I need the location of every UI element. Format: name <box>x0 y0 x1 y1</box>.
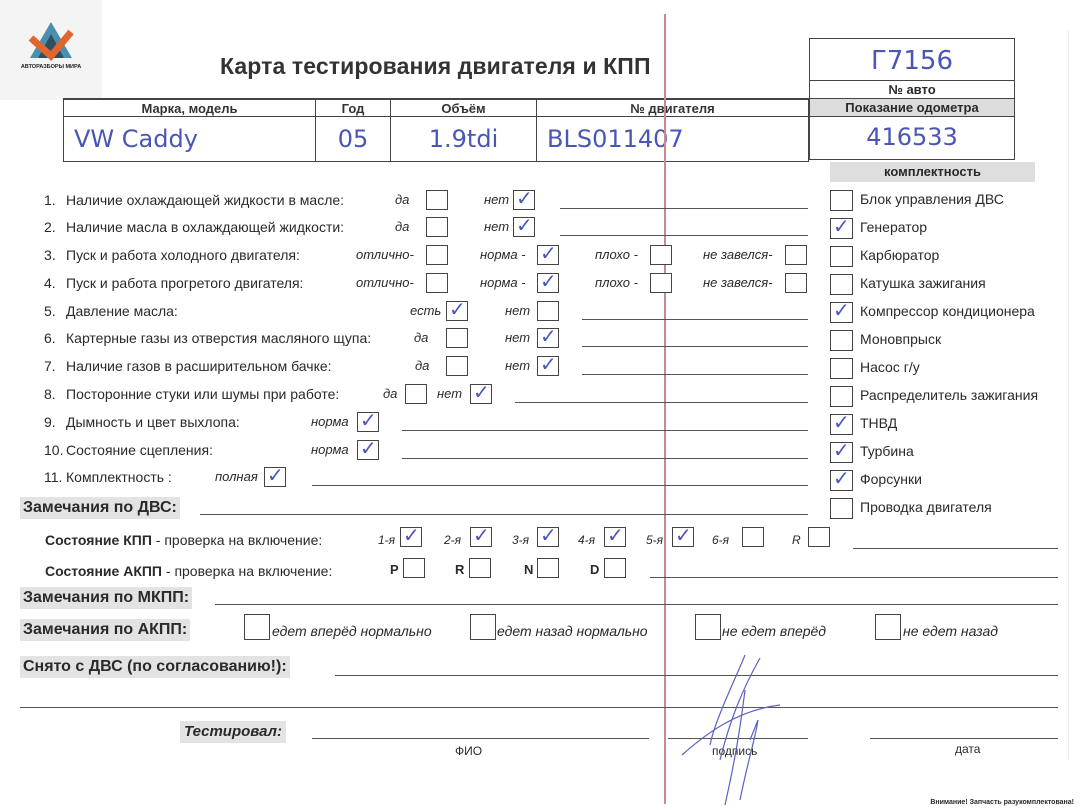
question-text: Комплектность : <box>66 469 172 485</box>
option-label: есть <box>410 300 441 322</box>
question-notes-line[interactable] <box>582 374 808 375</box>
question-notes-line[interactable] <box>560 208 808 209</box>
gear-label: 1-я <box>378 529 395 551</box>
option-label: отлично- <box>356 272 414 294</box>
akpp-position-checkbox[interactable] <box>537 558 559 578</box>
option-checkbox[interactable] <box>405 384 427 404</box>
completeness-item[interactable]: Форсунки <box>830 467 922 491</box>
completeness-label: Распределитель зажигания <box>860 387 1038 403</box>
model-value[interactable]: VW Caddy <box>64 117 315 161</box>
option-label: нет <box>505 355 530 377</box>
gear-checkbox[interactable] <box>672 527 694 547</box>
akpp-remark-checkbox[interactable] <box>470 614 496 640</box>
gear-label: 4-я <box>578 529 595 551</box>
margin-line <box>664 14 666 804</box>
page-title: Карта тестирования двигателя и КПП <box>220 53 651 80</box>
completeness-label: Насос г/у <box>860 359 920 375</box>
gear-checkbox[interactable] <box>808 527 830 547</box>
completeness-checkbox[interactable] <box>830 498 853 519</box>
page-edge <box>1068 30 1069 760</box>
akpp-position-checkbox[interactable] <box>604 558 626 578</box>
question-row: 6.Картерные газы из отверстия масляного … <box>44 327 371 349</box>
year-value[interactable]: 05 <box>316 117 390 161</box>
question-row: 9.Дымность и цвет выхлопа: <box>44 411 240 433</box>
option-label: нет <box>505 327 530 349</box>
completeness-item[interactable]: Генератор <box>830 215 927 239</box>
removed-line-2[interactable] <box>20 707 1058 708</box>
completeness-item[interactable]: Моновпрыск <box>830 327 941 351</box>
question-row: 2.Наличие масла в охлаждающей жидкости: <box>44 216 344 238</box>
option-label: отлично- <box>356 244 414 266</box>
header-label: Марка, модель <box>64 100 315 117</box>
name-line[interactable] <box>312 738 649 739</box>
question-text: Посторонние стуки или шумы при работе: <box>66 386 339 402</box>
completeness-item[interactable]: Насос г/у <box>830 355 920 379</box>
auto-number-label: № авто <box>810 81 1014 99</box>
option-checkbox[interactable] <box>785 273 807 293</box>
option-checkbox[interactable] <box>513 190 535 210</box>
option-checkbox[interactable] <box>426 190 448 210</box>
option-label: норма - <box>480 272 526 294</box>
gear-label: 5-я <box>646 529 663 551</box>
mountain-check-logo-icon <box>28 22 74 62</box>
completeness-checkbox[interactable] <box>830 470 853 491</box>
engine-number-value[interactable]: BLS011407 <box>537 117 808 161</box>
option-checkbox[interactable] <box>785 245 807 265</box>
completeness-item[interactable]: Карбюратор <box>830 243 939 267</box>
option-label: нет <box>484 189 509 211</box>
completeness-header: комплектность <box>830 162 1035 182</box>
completeness-item[interactable]: Проводка двигателя <box>830 495 992 519</box>
tested-by-label: Тестировал: <box>180 721 286 743</box>
option-checkbox[interactable] <box>446 328 468 348</box>
header-label: Год <box>316 100 390 117</box>
footer-warning: Внимание! Запчасть разукомплектована! <box>930 799 1074 806</box>
akpp-position-checkbox[interactable] <box>469 558 491 578</box>
option-label: да <box>383 383 397 405</box>
completeness-item[interactable]: Катушка зажигания <box>830 271 986 295</box>
akpp-remark-label: едет назад нормально <box>497 620 648 642</box>
question-number: 2. <box>44 216 66 238</box>
completeness-item[interactable]: ТНВД <box>830 411 897 435</box>
question-row: 8.Посторонние стуки или шумы при работе: <box>44 383 339 405</box>
akpp-remark-label: не едет назад <box>903 620 998 642</box>
header-col-model: Марка, модель VW Caddy <box>63 100 316 162</box>
logo-text: АВТОРАЗБОРЫ МИРА <box>14 64 88 70</box>
completeness-label: Компрессор кондиционера <box>860 303 1035 319</box>
akpp-remark-checkbox[interactable] <box>875 614 901 640</box>
completeness-checkbox[interactable] <box>830 190 853 211</box>
option-label: нет <box>505 300 530 322</box>
completeness-label: Карбюратор <box>860 247 939 263</box>
option-checkbox[interactable] <box>470 384 492 404</box>
completeness-label: Форсунки <box>860 471 922 487</box>
option-checkbox[interactable] <box>537 328 559 348</box>
akpp-position-label: D <box>590 559 599 581</box>
option-label: да <box>414 327 428 349</box>
option-checkbox[interactable] <box>426 217 448 237</box>
question-number: 5. <box>44 300 66 322</box>
question-notes-line[interactable] <box>312 485 808 486</box>
completeness-item[interactable]: Турбина <box>830 439 914 463</box>
question-text: Давление масла: <box>66 303 178 319</box>
remarks-engine-label: Замечания по ДВС: <box>20 497 180 519</box>
completeness-checkbox[interactable] <box>830 358 853 379</box>
option-checkbox[interactable] <box>650 245 672 265</box>
option-label: плохо - <box>595 244 638 266</box>
option-checkbox[interactable] <box>537 273 559 293</box>
akpp-remark-label: не едет вперёд <box>722 620 826 642</box>
question-text: Состояние сцепления: <box>66 442 213 458</box>
remarks-engine-line[interactable] <box>200 514 808 515</box>
completeness-checkbox[interactable] <box>830 386 853 407</box>
question-text: Пуск и работа прогретого двигателя: <box>66 275 303 291</box>
question-number: 10. <box>44 439 66 461</box>
completeness-label: ТНВД <box>860 415 897 431</box>
completeness-label: Блок управления ДВС <box>860 191 1004 207</box>
remarks-akpp-label: Замечания по АКПП: <box>20 619 190 641</box>
option-label: норма - <box>480 244 526 266</box>
remarks-mkpp-line[interactable] <box>215 604 1058 605</box>
akpp-remark-checkbox[interactable] <box>244 614 270 640</box>
option-checkbox[interactable] <box>264 467 286 487</box>
akpp-label: Состояние АКПП - проверка на включение: <box>45 560 332 582</box>
option-checkbox[interactable] <box>537 301 559 321</box>
completeness-item[interactable]: Распределитель зажигания <box>830 383 1038 407</box>
kpp-label: Состояние КПП - проверка на включение: <box>45 529 322 551</box>
option-checkbox[interactable] <box>357 440 379 460</box>
vehicle-header-table: Марка, модель VW Caddy Год 05 Объём 1.9t… <box>63 98 809 160</box>
gear-checkbox[interactable] <box>537 527 559 547</box>
akpp-remark-checkbox[interactable] <box>695 614 721 640</box>
completeness-item[interactable]: Компрессор кондиционера <box>830 299 1035 323</box>
question-row: 5.Давление масла: <box>44 300 178 322</box>
completeness-checkbox[interactable] <box>830 274 853 295</box>
question-number: 8. <box>44 383 66 405</box>
signature-scribble-icon <box>680 650 810 810</box>
question-row: 4.Пуск и работа прогретого двигателя: <box>44 272 303 294</box>
option-checkbox[interactable] <box>426 273 448 293</box>
gear-label: 3-я <box>512 529 529 551</box>
gear-label: 2-я <box>444 529 461 551</box>
kpp-remarks-line[interactable] <box>853 548 1058 549</box>
completeness-label: Катушка зажигания <box>860 275 986 291</box>
option-checkbox[interactable] <box>446 356 468 376</box>
question-row: 7.Наличие газов в расширительном бачке: <box>44 355 332 377</box>
option-checkbox[interactable] <box>537 356 559 376</box>
odometer-value[interactable]: 416533 <box>810 117 1014 157</box>
option-checkbox[interactable] <box>537 245 559 265</box>
option-checkbox[interactable] <box>650 273 672 293</box>
question-text: Наличие охлаждающей жидкости в масле: <box>66 192 344 208</box>
option-checkbox[interactable] <box>426 245 448 265</box>
completeness-label: Турбина <box>860 443 914 459</box>
header-label: № двигателя <box>537 100 808 117</box>
question-notes-line[interactable] <box>402 430 808 431</box>
completeness-checkbox[interactable] <box>830 442 853 463</box>
question-text: Пуск и работа холодного двигателя: <box>66 247 300 263</box>
option-label: да <box>415 355 429 377</box>
option-checkbox[interactable] <box>357 412 379 432</box>
akpp-position-label: P <box>390 559 399 581</box>
gear-checkbox[interactable] <box>604 527 626 547</box>
option-label: да <box>395 216 409 238</box>
completeness-label: Моновпрыск <box>860 331 941 347</box>
gear-label: 6-я <box>712 529 729 551</box>
option-label: полная <box>215 466 258 488</box>
akpp-remark-label: едет вперёд нормально <box>272 620 432 642</box>
question-number: 11. <box>44 466 66 488</box>
question-number: 6. <box>44 327 66 349</box>
remarks-mkpp-label: Замечания по МКПП: <box>20 587 192 609</box>
question-notes-line[interactable] <box>515 402 808 403</box>
completeness-label: Генератор <box>860 219 927 235</box>
completeness-item[interactable]: Блок управления ДВС <box>830 187 1004 211</box>
volume-value[interactable]: 1.9tdi <box>391 117 536 161</box>
option-label: не завелся- <box>703 272 773 294</box>
date-caption: дата <box>955 742 980 756</box>
question-number: 4. <box>44 272 66 294</box>
header-col-engine-number: № двигателя BLS011407 <box>537 100 809 162</box>
completeness-checkbox[interactable] <box>830 330 853 351</box>
completeness-checkbox[interactable] <box>830 218 853 239</box>
question-row: 10.Состояние сцепления: <box>44 439 213 461</box>
question-text: Картерные газы из отверстия масляного щу… <box>66 330 371 346</box>
gear-checkbox[interactable] <box>742 527 764 547</box>
question-number: 9. <box>44 411 66 433</box>
header-col-year: Год 05 <box>316 100 391 162</box>
removed-label: Снято с ДВС (по согласованию!): <box>20 656 290 678</box>
akpp-position-label: N <box>524 559 533 581</box>
gear-checkbox[interactable] <box>400 527 422 547</box>
header-col-volume: Объём 1.9tdi <box>391 100 537 162</box>
question-text: Дымность и цвет выхлопа: <box>66 414 240 430</box>
option-checkbox[interactable] <box>446 301 468 321</box>
option-label: нет <box>437 383 462 405</box>
option-label: нет <box>484 216 509 238</box>
gear-label: R <box>792 529 801 551</box>
completeness-checkbox[interactable] <box>830 302 853 323</box>
akpp-position-label: R <box>455 559 464 581</box>
akpp-position-checkbox[interactable] <box>403 558 425 578</box>
question-notes-line[interactable] <box>582 346 808 347</box>
option-label: норма <box>311 439 349 461</box>
question-notes-line[interactable] <box>582 319 808 320</box>
question-number: 1. <box>44 189 66 211</box>
completeness-label: Проводка двигателя <box>860 499 992 515</box>
option-label: не завелся- <box>703 244 773 266</box>
odometer-label: Показание одометра <box>810 99 1014 117</box>
question-row: 11.Комплектность : <box>44 466 172 488</box>
completeness-checkbox[interactable] <box>830 414 853 435</box>
question-row: 1.Наличие охлаждающей жидкости в масле: <box>44 189 344 211</box>
date-line[interactable] <box>870 738 1058 739</box>
question-notes-line[interactable] <box>560 235 808 236</box>
option-checkbox[interactable] <box>513 217 535 237</box>
option-label: плохо - <box>595 272 638 294</box>
auto-number-box: Г7156 № авто Показание одометра 416533 <box>809 38 1015 160</box>
auto-number-value[interactable]: Г7156 <box>810 39 1014 81</box>
name-caption: ФИО <box>455 744 482 758</box>
question-text: Наличие газов в расширительном бачке: <box>66 358 332 374</box>
question-number: 7. <box>44 355 66 377</box>
completeness-checkbox[interactable] <box>830 246 853 267</box>
question-row: 3.Пуск и работа холодного двигателя: <box>44 244 300 266</box>
option-label: да <box>395 189 409 211</box>
option-label: норма <box>311 411 349 433</box>
gear-checkbox[interactable] <box>470 527 492 547</box>
akpp-remarks-line[interactable] <box>650 577 1058 578</box>
question-number: 3. <box>44 244 66 266</box>
header-label: Объём <box>391 100 536 117</box>
question-text: Наличие масла в охлаждающей жидкости: <box>66 219 344 235</box>
question-notes-line[interactable] <box>402 458 808 459</box>
